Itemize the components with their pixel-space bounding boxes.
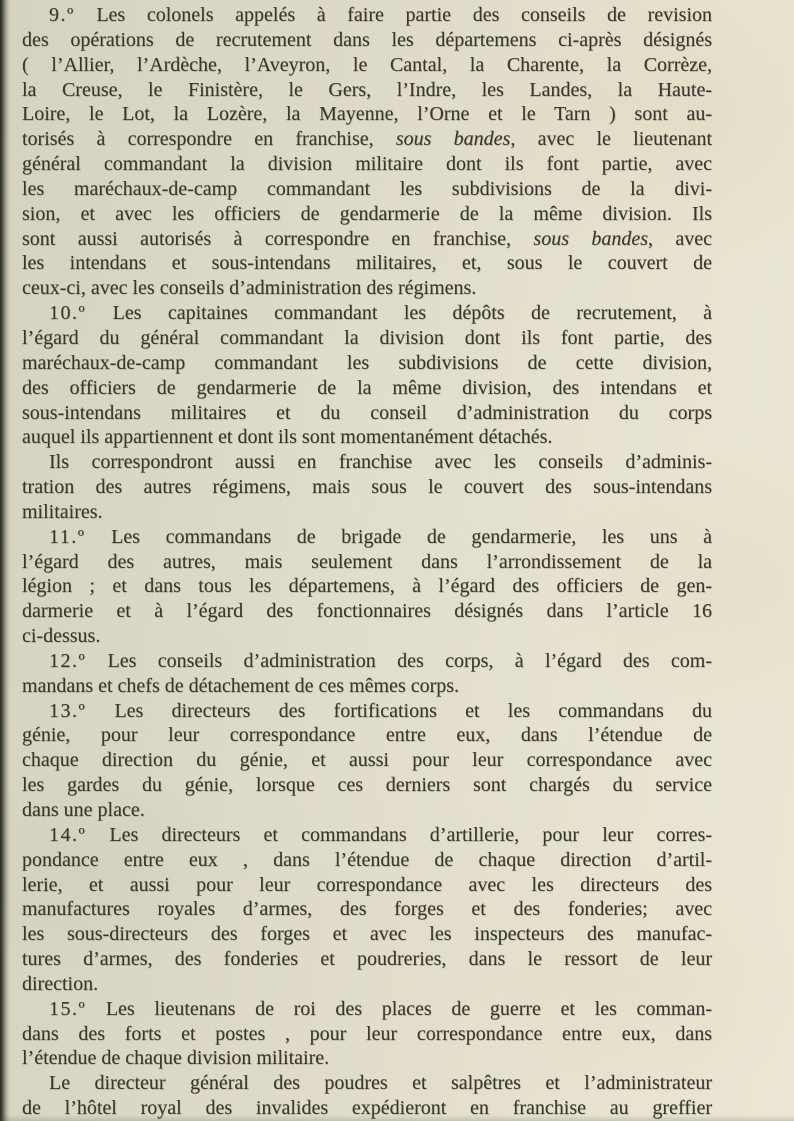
text-run: génie, pour leur correspondance entre eu… [22,724,712,746]
text-line: l’égard des autres, mais seulement dans … [22,550,712,575]
article-number: 13.º [49,700,86,722]
text-run: Les capitaines commandant les dépôts de … [86,302,712,324]
text-line: 11.º Les commandans de brigade de gendar… [22,525,712,550]
italic-phrase: sous bandes [396,128,510,150]
text-line: Le directeur général des poudres et salp… [22,1071,712,1096]
text-run: militaires. [22,501,103,523]
text-run: sion, et avec les officiers de gendarmer… [22,203,712,225]
text-line: mandans et chefs de détachement de ces m… [22,674,712,699]
text-line: tures d’armes, des fonderies et poudreri… [22,947,712,972]
text-run: Ils correspondront aussi en franchise av… [49,451,712,473]
text-run: auquel ils appartiennent et dont ils son… [22,426,552,448]
text-run: l’égard des autres, mais seulement dans … [22,551,712,573]
text-line: dans une place. [22,798,712,823]
text-run: ceux-ci, avec les conseils d’administrat… [22,277,476,299]
text-run: les intendans et sous-intendans militair… [22,252,712,274]
text-line: les gardes du génie, lorsque ces dernier… [22,773,712,798]
text-run: dans une place. [22,799,145,821]
text-run: l’égard du général commandant la divisio… [22,327,712,349]
text-line: légion ; et dans tous les départemens, à… [22,574,712,599]
text-line: 14.º Les directeurs et commandans d’arti… [22,823,712,848]
text-line: les sous-directeurs des forges et avec l… [22,922,712,947]
text-run: ci-dessus. [22,625,100,647]
text-run: , avec [648,228,712,250]
text-run: les maréchaux-de-camp commandant les sub… [22,178,712,200]
text-run: sont aussi autorisés à correspondre en f… [22,228,533,250]
article-number: 14.º [49,824,86,846]
text-line: de l’hôtel royal des invalides expédiero… [22,1096,712,1121]
text-line: 13.º Les directeurs des fortifications e… [22,699,712,724]
text-line: général commandant la division militaire… [22,152,712,177]
text-run: des officiers de gendarmerie de la même … [22,377,712,399]
text-line: militaires. [22,500,712,525]
page-left-edge-shadow [0,0,11,1121]
text-run: légion ; et dans tous les départemens, à… [22,575,712,597]
text-line: l’égard du général commandant la divisio… [22,326,712,351]
text-line: dans des forts et postes , pour leur cor… [22,1022,712,1047]
text-line: direction. [22,972,712,997]
text-line: 9.º Les colonels appelés à faire partie … [22,3,712,28]
document-page: 9.º Les colonels appelés à faire partie … [0,0,794,1121]
text-run: sous-intendans militaires et du conseil … [22,402,712,424]
article-number: 12.º [49,650,86,672]
article-number: 10.º [49,302,86,324]
text-run: pondance entre eux , dans l’étendue de c… [22,849,712,871]
text-run: Les directeurs des fortifications et les… [86,700,712,722]
text-line: lerie, et aussi pour leur correspondance… [22,873,712,898]
text-run: Les commandans de brigade de gendarmerie… [85,526,712,548]
text-run: darmerie et à l’égard des fonctionnaires… [22,600,712,622]
text-line: Loire, le Lot, la Lozère, la Mayenne, l’… [22,102,712,127]
text-line: des opérations de recrutement dans les d… [22,28,712,53]
text-run: dans des forts et postes , pour leur cor… [22,1023,712,1045]
text-run: la Creuse, le Finistère, le Gers, l’Indr… [22,79,712,101]
text-run: torisés à correspondre en franchise, [22,128,396,150]
text-line: torisés à correspondre en franchise, sou… [22,127,712,152]
text-run: Le directeur général des poudres et salp… [49,1072,712,1094]
italic-phrase: sous bandes [533,228,648,250]
text-run: chaque direction du génie, et aussi pour… [22,749,712,771]
text-run: ( l’Allier, l’Ardèche, l’Aveyron, le Can… [22,54,712,76]
text-line: la Creuse, le Finistère, le Gers, l’Indr… [22,78,712,103]
article-number: 15.º [49,998,86,1020]
text-line: auquel ils appartiennent et dont ils son… [22,425,712,450]
page-text: 9.º Les colonels appelés à faire partie … [22,3,712,1121]
text-line: des officiers de gendarmerie de la même … [22,376,712,401]
text-run: maréchaux-de-camp commandant les subdivi… [22,352,712,374]
text-line: 10.º Les capitaines commandant les dépôt… [22,301,712,326]
text-run: de l’hôtel royal des invalides expédiero… [22,1097,712,1119]
text-run: Loire, le Lot, la Lozère, la Mayenne, l’… [22,103,712,125]
text-line: ( l’Allier, l’Ardèche, l’Aveyron, le Can… [22,53,712,78]
text-run: tration des autres régimens, mais sous l… [22,476,712,498]
text-line: maréchaux-de-camp commandant les subdivi… [22,351,712,376]
text-run: mandans et chefs de détachement de ces m… [22,675,459,697]
text-line: sous-intendans militaires et du conseil … [22,401,712,426]
text-run: lerie, et aussi pour leur correspondance… [22,874,712,896]
article-number: 9.º [49,4,75,26]
text-line: sion, et avec les officiers de gendarmer… [22,202,712,227]
text-run: général commandant la division militaire… [22,153,712,175]
text-run: Les colonels appelés à faire partie des … [75,4,712,26]
text-run: , avec le lieutenant [510,128,712,150]
text-run: Les conseils d’administration des corps,… [86,650,712,672]
text-line: les intendans et sous-intendans militair… [22,251,712,276]
text-run: des opérations de recrutement dans les d… [22,29,712,51]
text-run: direction. [22,973,98,995]
text-line: 15.º Les lieutenans de roi des places de… [22,997,712,1022]
text-line: les maréchaux-de-camp commandant les sub… [22,177,712,202]
text-run: Les lieutenans de roi des places de guer… [86,998,712,1020]
text-line: darmerie et à l’égard des fonctionnaires… [22,599,712,624]
text-line: pondance entre eux , dans l’étendue de c… [22,848,712,873]
text-line: tration des autres régimens, mais sous l… [22,475,712,500]
text-line: manufactures royales d’armes, des forges… [22,897,712,922]
text-line: sont aussi autorisés à correspondre en f… [22,227,712,252]
article-number: 11.º [49,526,85,548]
text-line: l’étendue de chaque division militaire. [22,1046,712,1071]
text-line: ci-dessus. [22,624,712,649]
text-run: manufactures royales d’armes, des forges… [22,898,712,920]
text-line: chaque direction du génie, et aussi pour… [22,748,712,773]
text-line: ceux-ci, avec les conseils d’administrat… [22,276,712,301]
text-run: les gardes du génie, lorsque ces dernier… [22,774,712,796]
text-run: l’étendue de chaque division militaire. [22,1047,329,1069]
text-line: Ils correspondront aussi en franchise av… [22,450,712,475]
text-run: les sous-directeurs des forges et avec l… [22,923,712,945]
text-run: tures d’armes, des fonderies et poudreri… [22,948,712,970]
text-line: génie, pour leur correspondance entre eu… [22,723,712,748]
text-run: Les directeurs et commandans d’artilleri… [86,824,712,846]
text-line: 12.º Les conseils d’administration des c… [22,649,712,674]
